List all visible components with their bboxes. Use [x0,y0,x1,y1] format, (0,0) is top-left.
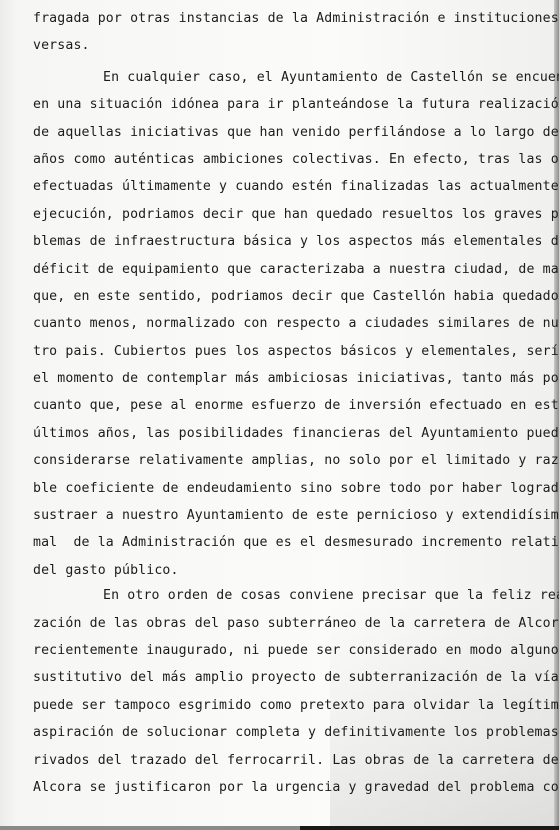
text-line: déficit de equipamiento que caracterizab… [33,256,553,283]
text-line: blemas de infraestructura básica y los a… [33,228,553,255]
text-line: tro pais. Cubiertos pues los aspectos bá… [33,338,553,365]
text-line: el momento de contemplar más ambiciosas … [33,365,553,392]
text-line: que, en este sentido, podriamos decir qu… [33,283,553,310]
text-line: rivados del trazado del ferrocarril. Las… [33,747,553,774]
text-line: mal de la Administración que es el desme… [33,529,553,556]
text-line: ble coeficiente de endeudamiento sino so… [33,475,553,502]
text-line: aspiración de solucionar completa y defi… [33,719,553,746]
text-line: de aquellas iniciativas que han venido p… [33,119,553,146]
text-line: fragada por otras instancias de la Admin… [33,5,553,32]
text-line: Alcora se justificaron por la urgencia y… [33,774,553,801]
text-line: años como auténticas ambiciones colectiv… [33,146,553,173]
text-line: En cualquier caso, el Ayuntamiento de Ca… [33,64,553,91]
text-line: en una situación idónea para ir planteán… [33,91,553,118]
text-line: ejecución, podriamos decir que han queda… [33,201,553,228]
text-line: cuanto que, pese al enorme esfuerzo de i… [33,392,553,419]
text-line: del gasto público. [33,557,553,584]
text-line: zación de las obras del paso subterráneo… [33,610,553,637]
text-line: versas. [33,32,553,59]
text-line: En otro orden de cosas conviene precisar… [33,582,553,609]
paragraph: En cualquier caso, el Ayuntamiento de Ca… [33,64,553,584]
document-body: fragada por otras instancias de la Admin… [33,5,553,801]
paragraph: fragada por otras instancias de la Admin… [33,5,553,60]
paragraph: En otro orden de cosas conviene precisar… [33,582,553,801]
text-line: recientemente inaugurado, ni puede ser c… [33,637,553,664]
scan-bottom-edge [0,826,310,830]
text-line: efectuadas últimamente y cuando estén fi… [33,173,553,200]
text-line: sustitutivo del más amplio proyecto de s… [33,664,553,691]
text-line: últimos años, las posibilidades financie… [33,420,553,447]
text-line: sustraer a nuestro Ayuntamiento de este … [33,502,553,529]
scan-bottom-edge-dark [300,826,559,830]
text-line: puede ser tampoco esgrimido como pretext… [33,692,553,719]
text-line: considerarse relativamente amplias, no s… [33,447,553,474]
text-line: cuanto menos, normalizado con respecto a… [33,310,553,337]
